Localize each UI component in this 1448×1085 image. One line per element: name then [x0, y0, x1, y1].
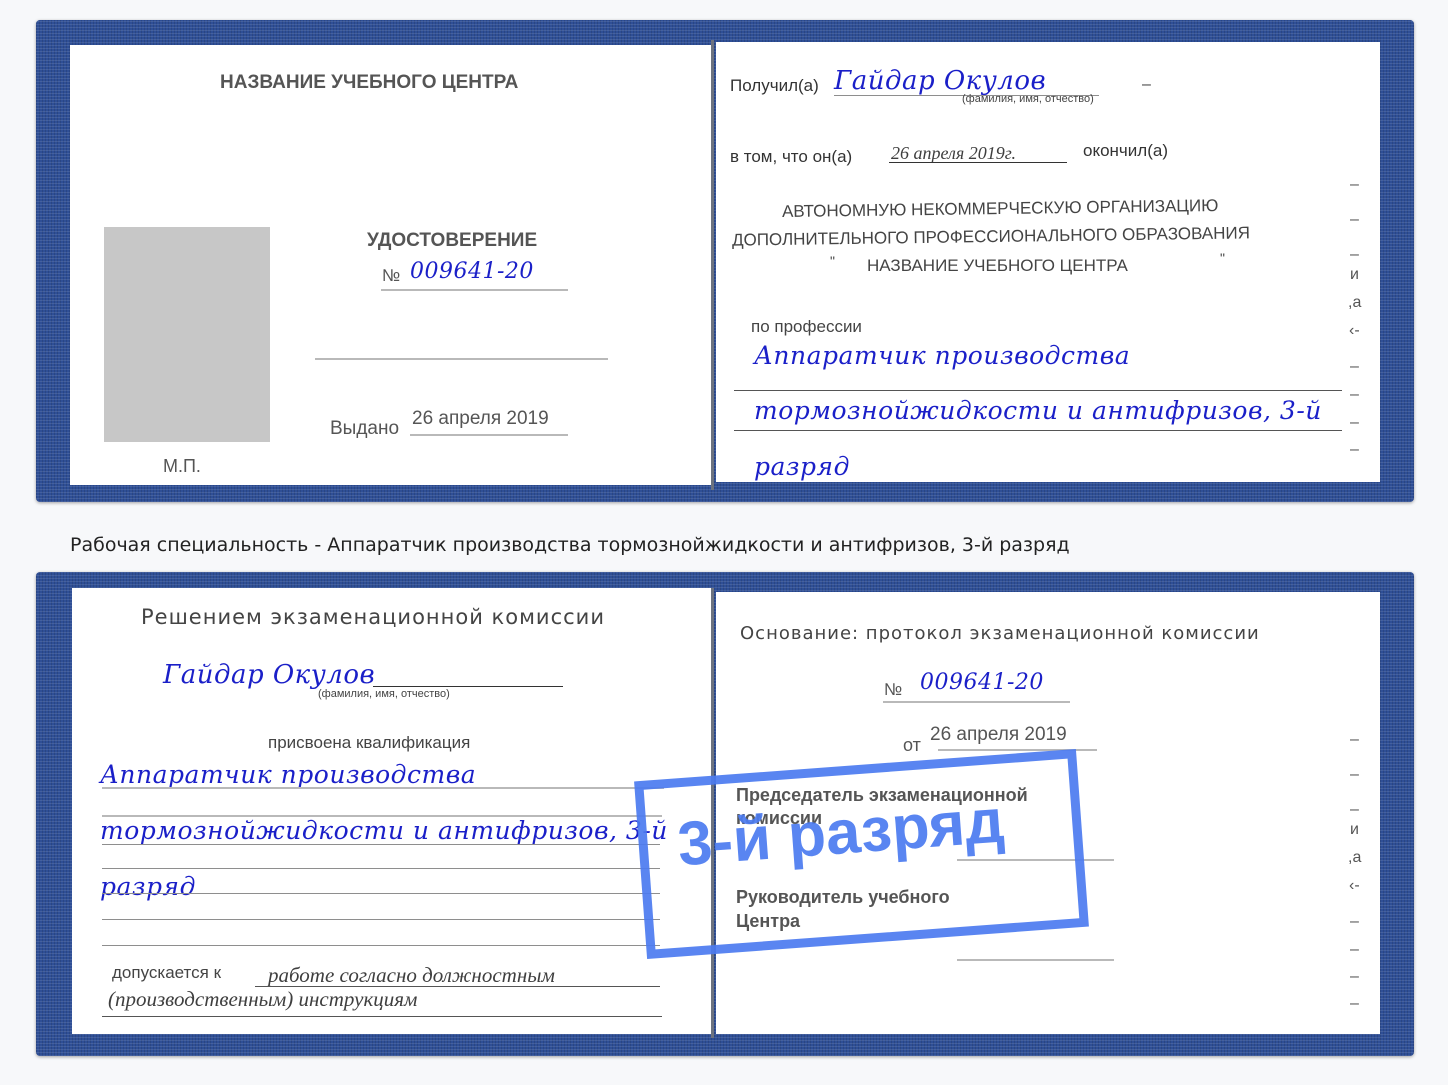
qualification-line-1: Аппаратчик производства: [100, 760, 476, 789]
from-label: от: [903, 735, 921, 756]
org-line-3: НАЗВАНИЕ УЧЕБНОГО ЦЕНТРА: [867, 256, 1128, 276]
edge-mark: –: [1350, 968, 1359, 986]
edge-mark: –: [1350, 941, 1359, 959]
finish-date-underline: [889, 162, 1067, 163]
qualification-rule-6: [102, 919, 660, 920]
profession-line-1: Аппаратчик производства: [754, 341, 1130, 370]
edge-mark: –: [1350, 913, 1359, 931]
qualification-rule-1: [102, 787, 664, 789]
basis-title: Основание: протокол экзаменационной коми…: [740, 623, 1260, 644]
edge-mark: –: [1350, 995, 1359, 1013]
edge-mark: ,а: [1348, 294, 1361, 312]
org-quote-close: ": [1220, 250, 1225, 266]
issued-underline: [410, 434, 568, 436]
edge-mark: –: [1350, 731, 1359, 749]
edge-mark: ‹-: [1349, 322, 1360, 340]
grade-stamp: 3-й разряд: [634, 749, 1089, 959]
grade-stamp-text: 3-й разряд: [675, 786, 1006, 881]
edge-mark: –: [1350, 246, 1359, 264]
head-signature-line: [957, 959, 1114, 961]
blank-line: [315, 358, 608, 360]
finished-label: окончил(а): [1083, 141, 1168, 161]
person-name: Гайдар Окулов: [163, 660, 375, 690]
edge-mark: –: [1350, 801, 1359, 819]
edge-mark: –: [1350, 441, 1359, 459]
stamp-place-label: М.П.: [163, 456, 201, 477]
profession-line-3: разряд: [754, 452, 850, 481]
dash-mark: –: [1142, 76, 1151, 94]
center-name-heading: НАЗВАНИЕ УЧЕБНОГО ЦЕНТРА: [220, 72, 518, 94]
profession-line-2: тормознойжидкости и антифризов, 3-й: [754, 396, 1322, 425]
issued-date: 26 апреля 2019: [412, 408, 549, 430]
qualification-rule-3: [102, 844, 660, 845]
person-name-hint: (фамилия, имя, отчество): [318, 688, 450, 700]
protocol-number-sign: №: [884, 680, 902, 700]
caption-overlap-fix: [70, 558, 160, 584]
edge-mark: –: [1350, 358, 1359, 376]
edge-mark: –: [1350, 414, 1359, 432]
edge-mark: и: [1350, 266, 1359, 284]
protocol-date: 26 апреля 2019: [930, 724, 1067, 746]
edge-mark: ,а: [1348, 849, 1361, 867]
recipient-name: Гайдар Окулов: [834, 66, 1046, 96]
issued-label: Выдано: [330, 418, 399, 440]
admitted-line-1: работе согласно должностным: [268, 963, 555, 988]
edge-mark: –: [1350, 386, 1359, 404]
org-quote-open: ": [830, 253, 835, 269]
specialty-caption: Рабочая специальность - Аппаратчик произ…: [70, 532, 1070, 558]
admitted-line-2: (производственным) инструкциям: [108, 987, 417, 1012]
number-sign: №: [382, 266, 400, 286]
top-spine: [711, 40, 714, 490]
photo-placeholder: [104, 227, 270, 442]
profession-rule-2: [734, 430, 1342, 431]
qualification-label: присвоена квалификация: [268, 733, 470, 753]
document-title: УДОСТОВЕРЕНИЕ: [367, 230, 537, 252]
profession-rule-1: [734, 390, 1342, 391]
edge-mark: и: [1350, 821, 1359, 839]
edge-mark: ‹-: [1349, 877, 1360, 895]
qualification-rule-4: [102, 868, 660, 869]
admitted-label: допускается к: [112, 963, 221, 983]
edge-mark: –: [1350, 176, 1359, 194]
protocol-number-underline: [883, 701, 1070, 703]
protocol-number: 009641-20: [920, 670, 1044, 695]
received-label: Получил(а): [730, 76, 819, 96]
number-underline: [381, 289, 568, 291]
admitted-rule-2: [102, 1016, 662, 1017]
qualification-rule-5: [102, 893, 660, 894]
profession-label: по профессии: [751, 317, 862, 337]
edge-mark: –: [1350, 766, 1359, 784]
qualification-line-2: тормознойжидкости и антифризов, 3-й: [100, 816, 668, 845]
qualification-line-3: разряд: [100, 872, 196, 901]
that-label: в том, что он(а): [730, 147, 852, 167]
finish-date: 26 апреля 2019г.: [891, 143, 1016, 164]
certificate-number: 009641-20: [410, 259, 534, 284]
decision-title: Решением экзаменационной комиссии: [141, 605, 605, 629]
person-name-underline: [373, 686, 563, 687]
qualification-rule-7: [102, 945, 660, 946]
name-hint: (фамилия, имя, отчество): [962, 93, 1094, 105]
edge-mark: –: [1350, 211, 1359, 229]
